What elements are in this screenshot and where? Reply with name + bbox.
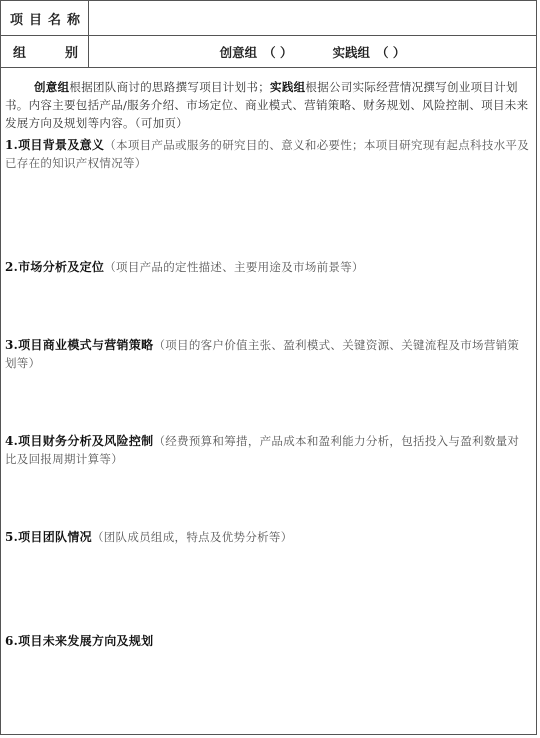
- section-title: 1.项目背景及意义: [5, 138, 104, 152]
- section-note: （团队成员组成，特点及优势分析等）: [92, 530, 293, 544]
- section-market-analysis: 2.市场分析及定位（项目产品的定性描述、主要用途及市场前景等）: [5, 258, 530, 276]
- creative-group-option[interactable]: 创意组 （ ）: [220, 43, 293, 61]
- creative-group-checkbox[interactable]: （ ）: [263, 43, 292, 61]
- group-label-left: 组: [13, 42, 26, 61]
- section-team: 5.项目团队情况（团队成员组成，特点及优势分析等）: [5, 528, 530, 546]
- group-options-cell: 创意组 （ ） 实践组 （ ）: [89, 36, 536, 67]
- section-title: 2.市场分析及定位: [5, 260, 104, 274]
- section-business-model: 3.项目商业模式与营销策略（项目的客户价值主张、盈利模式、关键资源、关键流程及市…: [5, 336, 530, 372]
- plan-content-area[interactable]: 创意组根据团队商讨的思路撰写项目计划书；实践组根据公司实际经营情况撰写创业项目计…: [1, 68, 536, 734]
- practice-group-label: 实践组: [333, 43, 371, 61]
- group-label: 组 别: [1, 36, 89, 67]
- section-title: 4.项目财务分析及风险控制: [5, 434, 153, 448]
- project-name-row: 项目名称: [1, 1, 536, 36]
- instructions: 创意组根据团队商讨的思路撰写项目计划书；实践组根据公司实际经营情况撰写创业项目计…: [5, 78, 530, 132]
- intro-bold-creative: 创意组: [34, 80, 69, 94]
- practice-group-checkbox[interactable]: （ ）: [376, 43, 405, 61]
- project-plan-form: 项目名称 组 别 创意组 （ ） 实践组 （ ） 创意组根据团队商讨的思路撰写项…: [0, 0, 537, 735]
- project-name-field[interactable]: [89, 1, 536, 35]
- section-note: （项目产品的定性描述、主要用途及市场前景等）: [104, 260, 364, 274]
- group-row: 组 别 创意组 （ ） 实践组 （ ）: [1, 36, 536, 68]
- creative-group-label: 创意组: [220, 43, 258, 61]
- practice-group-option[interactable]: 实践组 （ ）: [333, 43, 406, 61]
- section-background: 1.项目背景及意义（本项目产品或服务的研究目的、意义和必要性；本项目研究现有起点…: [5, 136, 530, 172]
- intro-text-1: 根据团队商讨的思路撰写项目计划书；: [69, 80, 270, 94]
- group-label-right: 别: [65, 42, 78, 61]
- section-title: 3.项目商业模式与营销策略: [5, 338, 153, 352]
- section-future-plan: 6.项目未来发展方向及规划: [5, 632, 530, 650]
- project-name-label: 项目名称: [1, 1, 89, 35]
- section-finance-risk: 4.项目财务分析及风险控制（经费预算和筹措，产品成本和盈利能力分析，包括投入与盈…: [5, 432, 530, 468]
- section-title: 5.项目团队情况: [5, 530, 92, 544]
- intro-bold-practice: 实践组: [270, 80, 305, 94]
- section-title: 6.项目未来发展方向及规划: [5, 634, 153, 648]
